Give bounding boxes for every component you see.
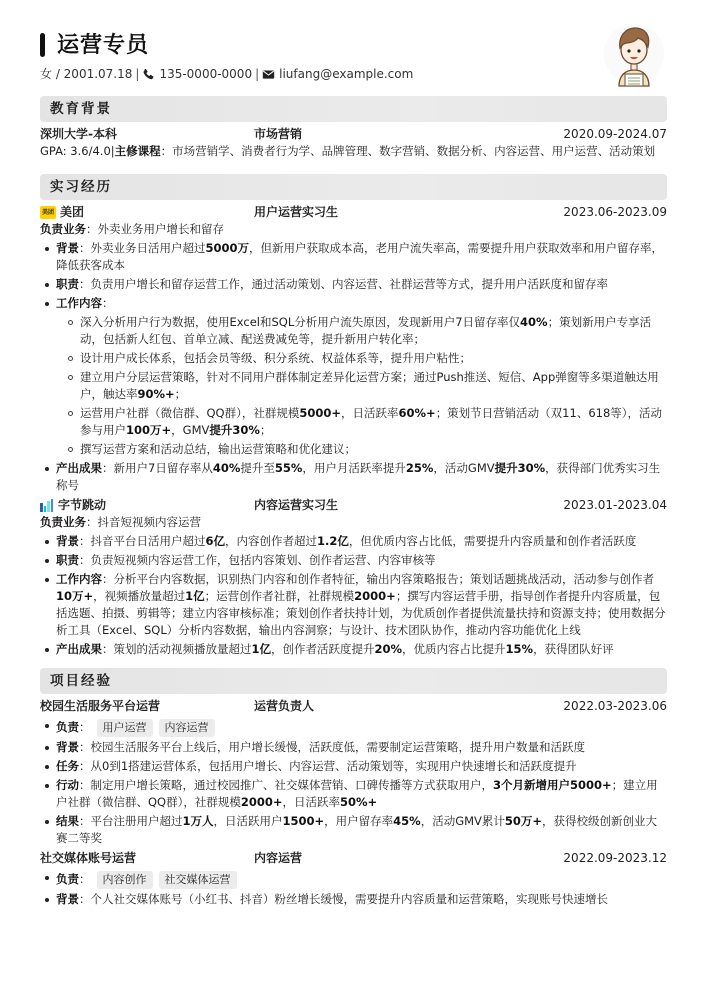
list-item: 背景：抖音平台日活用户超过6亿，内容创作者超过1.2亿，但优质内容占比低，需要提… [44, 533, 667, 550]
sub-item: 撰写运营方案和活动总结，输出运营策略和优化建议； [68, 441, 667, 458]
separator: | [255, 66, 259, 83]
list-item: 背景：外卖业务日活用户超过5000万，但新用户获取成本高，老用户流失率高，需要提… [44, 240, 667, 274]
courses-label: 主修课程 [115, 144, 161, 158]
text: ：抖音平台日活用户超过 [79, 534, 206, 548]
text: ，日活跃用户 [214, 814, 283, 828]
label: 背景 [56, 740, 79, 754]
text: ，获得团队好评 [533, 642, 614, 656]
text: ，活动GMV累计 [421, 814, 505, 828]
text: ； [260, 423, 272, 437]
project-role: 内容运营 [254, 850, 563, 867]
resume-page: 运营专员 女 / 2001.07.18 | 135-0000-0000 | li… [40, 28, 667, 908]
text: ：平台注册用户超过 [79, 814, 183, 828]
list-item: 负责：用户运营内容运营 [44, 717, 667, 737]
label: 工作内容 [56, 296, 102, 310]
list-item: 任务：从0到1搭建运营体系，包括用户增长、内容运营、活动策划等，实现用户快速增长… [44, 758, 667, 775]
tag: 内容运营 [159, 719, 215, 737]
text: ：负责短视频内容运营工作，包括内容策划、创作者运营、内容审核等 [79, 553, 436, 567]
highlight: 1万人 [183, 814, 214, 828]
sub-list: 深入分析用户行为数据，使用Excel和SQL分析用户流失原因，发现新用户7日留存… [56, 314, 667, 458]
project-row: 校园生活服务平台运营 运营负责人 2022.03-2023.06 [40, 697, 667, 715]
highlight: 1.2亿 [317, 534, 349, 548]
text: ，创作者活跃度提升 [271, 642, 375, 656]
highlight: 90%+ [138, 387, 175, 401]
section-projects-header: 项目经验 [40, 668, 667, 694]
gender-birth: 女 / 2001.07.18 [40, 66, 132, 83]
list-item: 行动：制定用户增长策略，通过校园推广、社交媒体营销、口碑传播等方式获取用户，3个… [44, 777, 667, 811]
text: 运营用户社群（微信群、QQ群），社群规模 [80, 406, 299, 420]
business-line: 负责业务：外卖业务用户增长和留存 [40, 221, 667, 238]
avatar [603, 16, 665, 92]
internship-row: 字节跳动 内容运营实习生 2023.01-2023.04 [40, 496, 667, 514]
period: 2023.01-2023.04 [563, 497, 667, 514]
bullet-list: 负责：内容创作社交媒体运营 背景：个人社交媒体账号（小红书、抖音）粉丝增长缓慢，… [40, 869, 667, 908]
sub-item: 建立用户分层运营策略，针对不同用户群体制定差异化运营方案；通过Push推送、短信… [68, 369, 667, 403]
highlight: 10万+ [56, 589, 93, 603]
text: ，但优质内容占比低，需要提升内容质量和创作者活跃度 [349, 534, 637, 548]
education-details: GPA: 3.6/4.0|主修课程：市场营销学、消费者行为学、品牌管理、数字营销… [40, 143, 667, 160]
text: ； [175, 387, 187, 401]
text: ：策划的活动视频播放量超过 [102, 642, 252, 656]
text: ：校园生活服务平台上线后，用户增长缓慢，活跃度低，需要制定运营策略，提升用户数量… [79, 740, 585, 754]
highlight: 1亿 [185, 589, 205, 603]
business-label: 负责业务 [40, 222, 86, 236]
highlight: 提升30% [209, 423, 260, 437]
company-name: 字节跳动 [58, 497, 106, 514]
education-row: 深圳大学-本科 市场营销 2020.09-2024.07 [40, 125, 667, 143]
highlight: 100万+ [126, 423, 171, 437]
highlight: 6亿 [206, 534, 226, 548]
project-period: 2022.03-2023.06 [563, 698, 667, 715]
education-period: 2020.09-2024.07 [563, 126, 667, 143]
highlight: 2000+ [241, 795, 283, 809]
text: 撰写运营方案和活动总结，输出运营策略和优化建议； [80, 442, 356, 456]
bullet-list: 背景：外卖业务日活用户超过5000万，但新用户获取成本高，老用户流失率高，需要提… [40, 240, 667, 494]
section-internship-header: 实习经历 [40, 174, 667, 200]
list-item: 职责：负责用户增长和留存运营工作，通过活动策划、内容运营、社群运营等方式，提升用… [44, 276, 667, 293]
tag: 社交媒体运营 [159, 871, 237, 889]
highlight: 5000万 [206, 241, 250, 255]
highlight: 提升30% [495, 461, 546, 475]
sub-item: 运营用户社群（微信群、QQ群），社群规模5000+，日活跃率60%+；策划节日营… [68, 405, 667, 439]
list-item: 背景：校园生活服务平台上线后，用户增长缓慢，活跃度低，需要制定运营策略，提升用户… [44, 739, 667, 756]
list-item: 职责：负责短视频内容运营工作，包括内容策划、创作者运营、内容审核等 [44, 552, 667, 569]
school-name: 深圳大学-本科 [40, 126, 254, 143]
text: ，用户月活跃率提升 [302, 461, 406, 475]
label: 任务 [56, 759, 79, 773]
section-education-header: 教育背景 [40, 96, 667, 122]
phone-icon [142, 68, 155, 81]
project-period: 2022.09-2023.12 [563, 850, 667, 867]
highlight: 45% [393, 814, 421, 828]
label: 背景 [56, 534, 79, 548]
list-item: 产出成果：新用户7日留存率从40%提升至55%，用户月活跃率提升25%，活动GM… [44, 460, 667, 494]
project-social-media: 社交媒体账号运营 内容运营 2022.09-2023.12 负责：内容创作社交媒… [40, 849, 667, 908]
label: 产出成果 [56, 461, 102, 475]
title-row: 运营专员 [40, 28, 667, 62]
role: 内容运营实习生 [254, 497, 563, 514]
project-role: 运营负责人 [254, 698, 563, 715]
sub-item: 设计用户成长体系，包括会员等级、积分系统、权益体系等，提升用户粘性； [68, 350, 667, 367]
meituan-logo-icon: 美团 [40, 206, 56, 219]
company: 美团 美团 [40, 204, 254, 221]
label: 工作内容 [56, 572, 102, 586]
label: 职责 [56, 553, 79, 567]
text: ，用户留存率 [324, 814, 393, 828]
business: ：外卖业务用户增长和留存 [86, 222, 224, 236]
list-item: 负责：内容创作社交媒体运营 [44, 869, 667, 889]
highlight: 3个月新增用户5000+ [493, 778, 612, 792]
company-name: 美团 [60, 204, 84, 221]
internship-meituan: 美团 美团 用户运营实习生 2023.06-2023.09 负责业务：外卖业务用… [40, 203, 667, 494]
bytedance-logo-icon [40, 499, 53, 512]
role: 用户运营实习生 [254, 204, 563, 221]
text: ：负责用户增长和留存运营工作，通过活动策划、内容运营、社群运营等方式，提升用户活… [79, 277, 608, 291]
text: ，日活跃率 [341, 406, 399, 420]
text: ：从0到1搭建运营体系，包括用户增长、内容运营、活动策划等，实现用户快速增长和活… [79, 759, 577, 773]
highlight: 60%+ [399, 406, 436, 420]
text: ： [79, 720, 91, 734]
sub-item: 深入分析用户行为数据，使用Excel和SQL分析用户流失原因，发现新用户7日留存… [68, 314, 667, 348]
tag: 用户运营 [97, 719, 153, 737]
period: 2023.06-2023.09 [563, 204, 667, 221]
mail-icon [262, 68, 275, 81]
bullet-list: 负责：用户运营内容运营 背景：校园生活服务平台上线后，用户增长缓慢，活跃度低，需… [40, 717, 667, 847]
text: 提升至 [240, 461, 275, 475]
highlight: 5000+ [299, 406, 341, 420]
list-item: 结果：平台注册用户超过1万人，日活跃用户1500+，用户留存率45%，活动GMV… [44, 813, 667, 847]
highlight: 50万+ [505, 814, 542, 828]
business-label: 负责业务 [40, 515, 86, 529]
page-title: 运营专员 [57, 37, 149, 54]
text: ：个人社交媒体账号（小红书、抖音）粉丝增长缓慢，需要提升内容质量和运营策略，实现… [79, 892, 608, 906]
business: ：抖音短视频内容运营 [86, 515, 201, 529]
label: 职责 [56, 277, 79, 291]
text: ，GMV [171, 423, 209, 437]
list-item: 背景：个人社交媒体账号（小红书、抖音）粉丝增长缓慢，需要提升内容质量和运营策略，… [44, 891, 667, 908]
highlight: 25% [406, 461, 434, 475]
business-line: 负责业务：抖音短视频内容运营 [40, 514, 667, 531]
label: 行动 [56, 778, 79, 792]
text: ：外卖业务日活用户超过 [79, 241, 206, 255]
highlight: 2000+ [354, 589, 396, 603]
highlight: 15% [506, 642, 534, 656]
label: 产出成果 [56, 642, 102, 656]
text: ，活动GMV [433, 461, 494, 475]
contact-line: 女 / 2001.07.18 | 135-0000-0000 | liufang… [40, 66, 667, 83]
project-name: 社交媒体账号运营 [40, 850, 254, 867]
gpa: GPA: 3.6/4.0 [40, 144, 111, 158]
text: 设计用户成长体系，包括会员等级、积分系统、权益体系等，提升用户粘性； [80, 351, 471, 365]
major: 市场营销 [254, 126, 563, 143]
label: 背景 [56, 892, 79, 906]
list-item: 工作内容：分析平台内容数据，识别热门内容和创作者特征，输出内容策略报告；策划话题… [44, 571, 667, 639]
company: 字节跳动 [40, 497, 254, 514]
title-accent-bar [40, 33, 45, 57]
list-item: 工作内容： 深入分析用户行为数据，使用Excel和SQL分析用户流失原因，发现新… [44, 295, 667, 458]
bullet-list: 背景：抖音平台日活用户超过6亿，内容创作者超过1.2亿，但优质内容占比低，需要提… [40, 533, 667, 658]
label: 负责 [56, 720, 79, 734]
text: ：制定用户增长策略，通过校园推广、社交媒体营销、口碑传播等方式获取用户， [79, 778, 493, 792]
highlight: 1500+ [283, 814, 325, 828]
text: ： [102, 296, 114, 310]
text: ，视频播放量超过 [93, 589, 185, 603]
text: ，优质内容占比提升 [402, 642, 506, 656]
highlight: 40% [520, 315, 548, 329]
list-item: 产出成果：策划的活动视频播放量超过1亿，创作者活跃度提升20%，优质内容占比提升… [44, 641, 667, 658]
text: ；运营创作者社群，社群规模 [205, 589, 355, 603]
text: ，内容创作者超过 [225, 534, 317, 548]
highlight: 55% [275, 461, 303, 475]
project-campus-platform: 校园生活服务平台运营 运营负责人 2022.03-2023.06 负责：用户运营… [40, 697, 667, 847]
highlight: 1亿 [252, 642, 272, 656]
text: ： [79, 872, 91, 886]
separator: | [135, 66, 139, 83]
text: ：分析平台内容数据，识别热门内容和创作者特征，输出内容策略报告；策划话题挑战活动… [102, 572, 654, 586]
highlight: 50%+ [340, 795, 377, 809]
courses: ：市场营销学、消费者行为学、品牌管理、数字营销、数据分析、内容运营、用户运营、活… [161, 144, 656, 158]
label: 负责 [56, 872, 79, 886]
text: ，日活跃率 [283, 795, 341, 809]
email-address[interactable]: liufang@example.com [279, 66, 413, 83]
internship-bytedance: 字节跳动 内容运营实习生 2023.01-2023.04 负责业务：抖音短视频内… [40, 496, 667, 658]
resume-header: 运营专员 女 / 2001.07.18 | 135-0000-0000 | li… [40, 28, 667, 92]
label: 结果 [56, 814, 79, 828]
tag: 内容创作 [97, 871, 153, 889]
text: ：新用户7日留存率从 [102, 461, 213, 475]
internship-row: 美团 美团 用户运营实习生 2023.06-2023.09 [40, 203, 667, 221]
project-row: 社交媒体账号运营 内容运营 2022.09-2023.12 [40, 849, 667, 867]
text: 深入分析用户行为数据，使用Excel和SQL分析用户流失原因，发现新用户7日留存… [80, 315, 520, 329]
label: 背景 [56, 241, 79, 255]
highlight: 40% [213, 461, 241, 475]
project-name: 校园生活服务平台运营 [40, 698, 254, 715]
phone-number[interactable]: 135-0000-0000 [159, 66, 252, 83]
highlight: 20% [375, 642, 403, 656]
